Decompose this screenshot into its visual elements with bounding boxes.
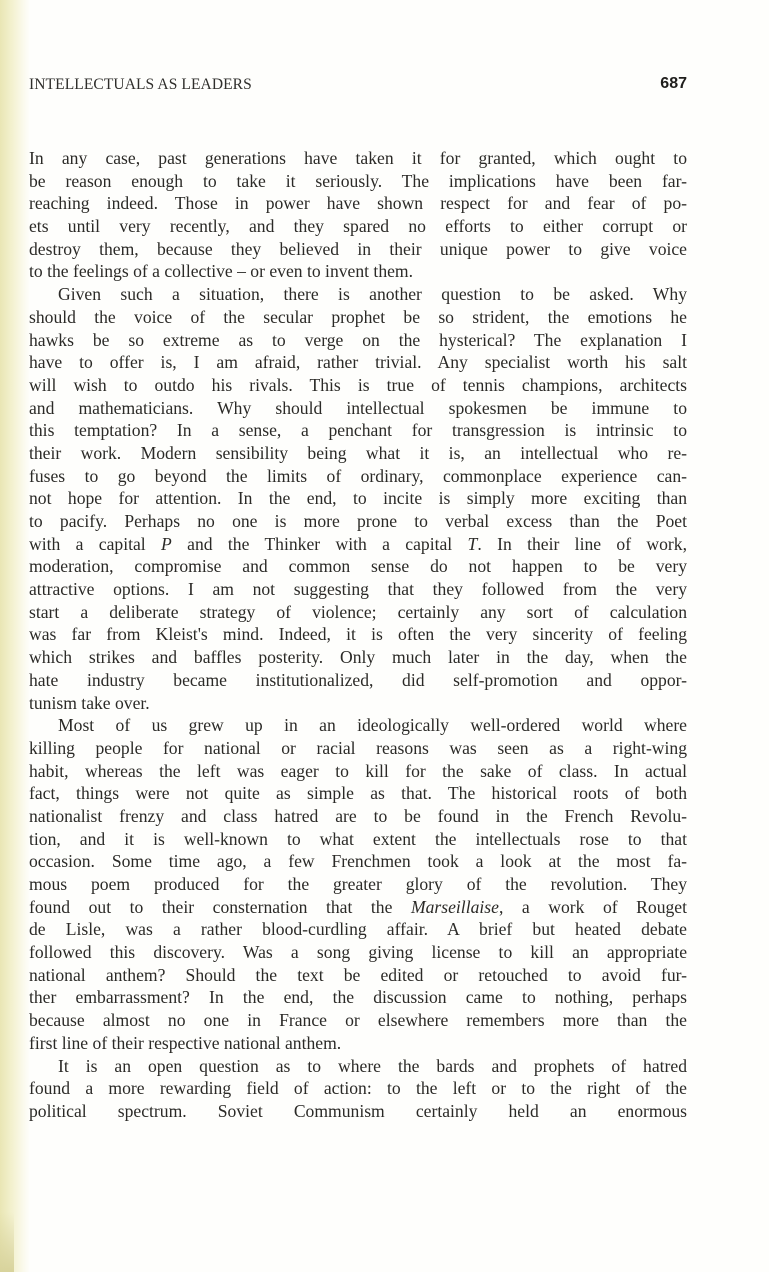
text-run: , a work of Rouget <box>499 897 687 917</box>
running-head-title: INTELLECTUALS AS LEADERS <box>29 76 252 94</box>
text-line-with-italics: found out to their consternation that th… <box>29 896 687 919</box>
text-line: fact, things were not quite as simple as… <box>29 782 687 805</box>
body-text: In any case, past generations have taken… <box>29 147 687 1123</box>
text-line: habit, whereas the left was eager to kil… <box>29 760 687 783</box>
text-line: their work. Modern sensibility being wha… <box>29 442 687 465</box>
text-run: . In their line of work, <box>477 534 687 554</box>
text-line: de Lisle, was a rather blood-curdling af… <box>29 918 687 941</box>
text-line: Most of us grew up in an ideologically w… <box>29 714 687 737</box>
page-gutter-edge <box>0 1212 14 1272</box>
text-line: was far from Kleist's mind. Indeed, it i… <box>29 623 687 646</box>
page-gutter-shadow <box>0 0 30 1272</box>
text-line: In any case, past generations have taken… <box>29 147 687 170</box>
text-run: found out to their consternation that th… <box>29 897 411 917</box>
text-line: hawks be so extreme as to verge on the h… <box>29 329 687 352</box>
text-run: with a capital <box>29 534 161 554</box>
text-line: have to offer is, I am afraid, rather tr… <box>29 351 687 374</box>
text-line: should the voice of the secular prophet … <box>29 306 687 329</box>
text-line: will wish to outdo his rivals. This is t… <box>29 374 687 397</box>
text-line: moderation, compromise and common sense … <box>29 555 687 578</box>
paragraph: Most of us grew up in an ideologically w… <box>29 714 687 1054</box>
text-line: and mathematicians. Why should intellect… <box>29 397 687 420</box>
text-line: to the feelings of a collective – or eve… <box>29 260 687 283</box>
text-line: be reason enough to take it seriously. T… <box>29 170 687 193</box>
text-line: reaching indeed. Those in power have sho… <box>29 192 687 215</box>
text-line: first line of their respective national … <box>29 1032 687 1055</box>
text-line: which strikes and baffles posterity. Onl… <box>29 646 687 669</box>
text-line: hate industry became institutionalized, … <box>29 669 687 692</box>
text-line: ets until very recently, and they spared… <box>29 215 687 238</box>
running-head: INTELLECTUALS AS LEADERS 687 <box>29 76 687 100</box>
italic-letter-t: T <box>468 534 478 554</box>
text-line-with-italics: with a capital P and the Thinker with a … <box>29 533 687 556</box>
text-line: Given such a situation, there is another… <box>29 283 687 306</box>
page-number: 687 <box>660 75 687 93</box>
text-line: ther embarrassment? In the end, the disc… <box>29 986 687 1009</box>
italic-title-marseillaise: Marseillaise <box>411 897 499 917</box>
text-line: nationalist frenzy and class hatred are … <box>29 805 687 828</box>
text-line: found a more rewarding field of action: … <box>29 1077 687 1100</box>
text-line: It is an open question as to where the b… <box>29 1055 687 1078</box>
text-line: fuses to go beyond the limits of ordinar… <box>29 465 687 488</box>
text-line: destroy them, because they believed in t… <box>29 238 687 261</box>
text-line: to pacify. Perhaps no one is more prone … <box>29 510 687 533</box>
text-line: this temptation? In a sense, a penchant … <box>29 419 687 442</box>
text-line: tion, and it is well-known to what exten… <box>29 828 687 851</box>
paragraph: Given such a situation, there is another… <box>29 283 687 714</box>
text-line: occasion. Some time ago, a few Frenchmen… <box>29 850 687 873</box>
text-line: attractive options. I am not suggesting … <box>29 578 687 601</box>
text-line: killing people for national or racial re… <box>29 737 687 760</box>
text-line: start a deliberate strategy of violence;… <box>29 601 687 624</box>
text-line: because almost no one in France or elsew… <box>29 1009 687 1032</box>
italic-letter-p: P <box>161 534 172 554</box>
paragraph: In any case, past generations have taken… <box>29 147 687 283</box>
text-line: national anthem? Should the text be edit… <box>29 964 687 987</box>
paragraph: It is an open question as to where the b… <box>29 1055 687 1123</box>
text-line: followed this discovery. Was a song givi… <box>29 941 687 964</box>
text-line: mous poem produced for the greater glory… <box>29 873 687 896</box>
text-line: political spectrum. Soviet Communism cer… <box>29 1100 687 1123</box>
text-line: tunism take over. <box>29 692 687 715</box>
text-run: and the Thinker with a capital <box>172 534 468 554</box>
text-line: not hope for attention. In the end, to i… <box>29 487 687 510</box>
